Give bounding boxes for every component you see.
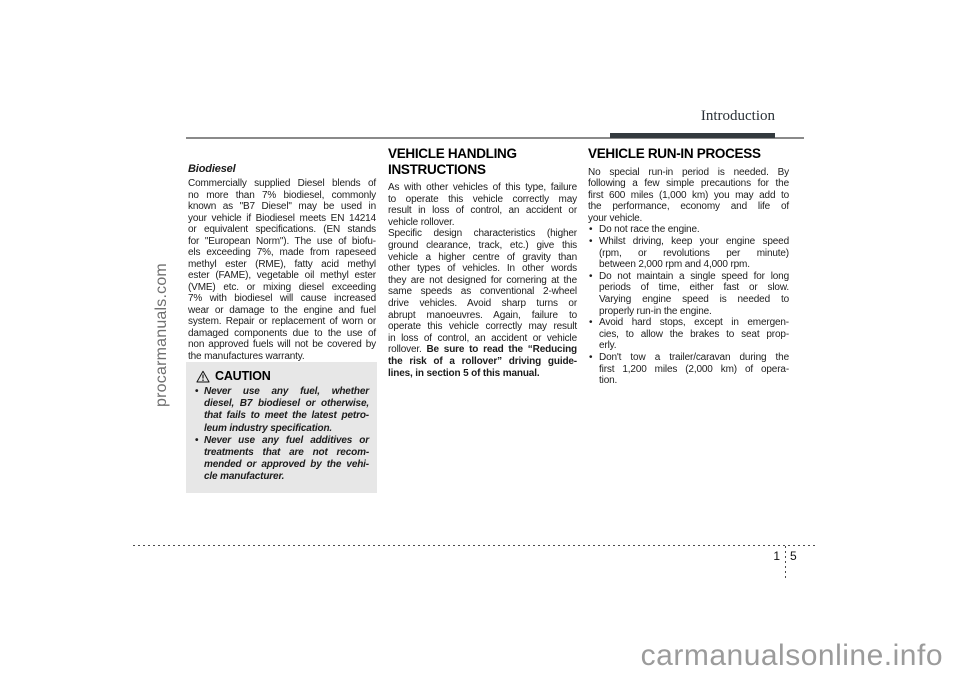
text-line: Never use any fuel additives or [204,435,369,447]
text-line: erly. [599,340,789,352]
text-line: to operate this vehicle correctly may [388,194,577,206]
text-line: Don't tow a trailer/caravan during the [599,352,789,364]
text-line: tion. [599,375,789,387]
bullet-item: •Never use any fuel additives ortreatmen… [194,435,369,484]
text-line: treatments that are not recom- [204,447,369,459]
chapter-header-title: Introduction [701,108,775,125]
text-line: first 600 miles (1,000 km) you may add t… [588,190,789,202]
text-line: ground clearance, track, etc.) give this [388,240,577,252]
text-line: VEHICLE HANDLING [388,146,577,162]
text-line: vehicle a higher centre of gravity than [388,252,577,264]
handling-paragraph-1: As with other vehicles of this type, fai… [388,182,577,228]
text-line: between 2,000 rpm and 4,000 rpm. [599,259,789,271]
caution-header: CAUTION [196,369,369,383]
text-line: known as "B7 Diesel" may be used in [188,201,376,213]
text-line: Do not maintain a single speed for long [599,271,789,283]
text-line: properly run-in the engine. [599,306,789,318]
bullet-marker: • [589,271,592,283]
text-line: ester (FAME), vegetable oil methyl ester [188,270,376,282]
footer-dashed-line [133,545,818,546]
text-line: result in loss of control, an accident o… [388,205,577,217]
warning-triangle-icon [196,370,210,383]
page-number-divider [785,546,786,579]
text-line: abrupt manoeuvres. Again, failure to [388,310,577,322]
watermark-bottom: carmanualsonline.info [641,639,943,673]
text-line: following a few simple precautions for t… [588,178,789,190]
text-line: wear or damage to the engine and fuel [188,305,376,317]
text-line: periods of time, either fast or slow. [599,282,789,294]
bullet-item: •Avoid hard stops, except in emergen-cie… [588,317,789,352]
text-line: lines, in section 5 of this manual. [388,368,577,380]
column-biodiesel: Biodiesel Commercially supplied Diesel b… [188,163,376,362]
caution-box: CAUTION •Never use any fuel, whetherdies… [186,362,377,493]
text-line: or equivalent specifications. (EN stands [188,224,376,236]
text-line: Never use any fuel, whether [204,386,369,398]
page-number: 5 [790,549,797,563]
text-line: they are not designed for cornering at t… [388,275,577,287]
watermark-left: procarmanuals.com [153,260,173,410]
text-line: that fails to meet the latest petro- [204,410,369,422]
text-line: Varying engine speed is needed to [599,294,789,306]
bullet-marker: • [589,317,592,329]
bullet-item: •Whilst driving, keep your engine speed(… [588,236,789,271]
text-line: No special run-in period is needed. By [588,167,789,179]
text-line: methyl ester (RME), fatty acid methyl [188,259,376,271]
caution-title: CAUTION [215,369,271,383]
bullet-item: •Don't tow a trailer/caravan during thef… [588,352,789,387]
text-line: system. Repair or replacement of worn or [188,316,376,328]
text-line: other types of vehicles. In other words [388,263,577,275]
bullet-item: •Do not maintain a single speed for long… [588,271,789,317]
bullet-marker: • [589,352,592,364]
biodiesel-paragraph: Commercially supplied Diesel blends ofno… [188,178,376,362]
text-line: Commercially supplied Diesel blends of [188,178,376,190]
text-line: cies, to allow the brakes to seat prop- [599,329,789,341]
text-line: cle manufacturer. [204,471,369,483]
header-accent-bar [610,133,775,138]
text-line: your vehicle. [588,213,789,225]
bullet-marker: • [589,224,592,236]
text-line: operate this vehicle correctly may resul… [388,321,577,333]
caution-bullet-list: •Never use any fuel, whetherdiesel, B7 b… [194,386,369,484]
text-line: damaged components due to the use of [188,328,376,340]
text-line: els exceeding 7%, made from rapeseed [188,247,376,259]
text-line: Do not race the engine. [599,224,789,236]
handling-heading: VEHICLE HANDLINGINSTRUCTIONS [388,146,577,177]
text-line: rollover. Be sure to read the “Reducing [388,344,577,356]
text-line: for "European Norm"). The use of biofu- [188,236,376,248]
text-line: (VME) etc. or mixing diesel exceeding [188,282,376,294]
text-line: mended or approved by the vehi- [204,459,369,471]
text-line: drive vehicles. Avoid sharp turns or [388,298,577,310]
run-in-heading: VEHICLE RUN-IN PROCESS [588,146,789,162]
text-line: the risk of a rollover” driving guide- [388,356,577,368]
text-line: Whilst driving, keep your engine speed [599,236,789,248]
bullet-marker: • [195,386,198,398]
bullet-marker: • [195,435,198,447]
run-in-bullet-list: •Do not race the engine.•Whilst driving,… [588,224,789,386]
text-line: your vehicle if Biodiesel meets EN 14214 [188,213,376,225]
text-line: no more than 7% biodiesel, commonly [188,190,376,202]
text-line: 7% with biodiesel will cause increased [188,293,376,305]
page-chapter-number: 1 [766,549,780,563]
text-line: the performance, economy and life of [588,201,789,213]
text-line: in loss of control, an accident or vehic… [388,333,577,345]
text-line: vehicle rollover. [388,217,577,229]
text-line: INSTRUCTIONS [388,162,577,178]
text-line: first 1,200 miles (2,000 km) of opera- [599,364,789,376]
text-line: the manufactures warranty. [188,351,376,363]
run-in-paragraph: No special run-in period is needed. Byfo… [588,167,789,225]
biodiesel-heading: Biodiesel [188,163,376,176]
bullet-item: •Do not race the engine. [588,224,789,236]
bullet-item: •Never use any fuel, whetherdiesel, B7 b… [194,386,369,435]
text-line: leum industry specification. [204,423,369,435]
manual-page: procarmanuals.com Introduction Biodiesel… [0,0,960,678]
text-line: (rpm, or revolutions per minute) [599,248,789,260]
bullet-marker: • [589,236,592,248]
text-line: Specific design characteristics (higher [388,228,577,240]
text-line: diesel, B7 biodiesel or otherwise, [204,398,369,410]
text-line: As with other vehicles of this type, fai… [388,182,577,194]
column-run-in: VEHICLE RUN-IN PROCESS No special run-in… [588,146,789,387]
text-line: same speeds as conventional 2-wheel [388,286,577,298]
text-line: Avoid hard stops, except in emergen- [599,317,789,329]
handling-paragraph-2: Specific design characteristics (higherg… [388,228,577,379]
text-line: non approved fuels will not be covered b… [188,339,376,351]
column-handling: VEHICLE HANDLINGINSTRUCTIONS As with oth… [388,146,577,379]
